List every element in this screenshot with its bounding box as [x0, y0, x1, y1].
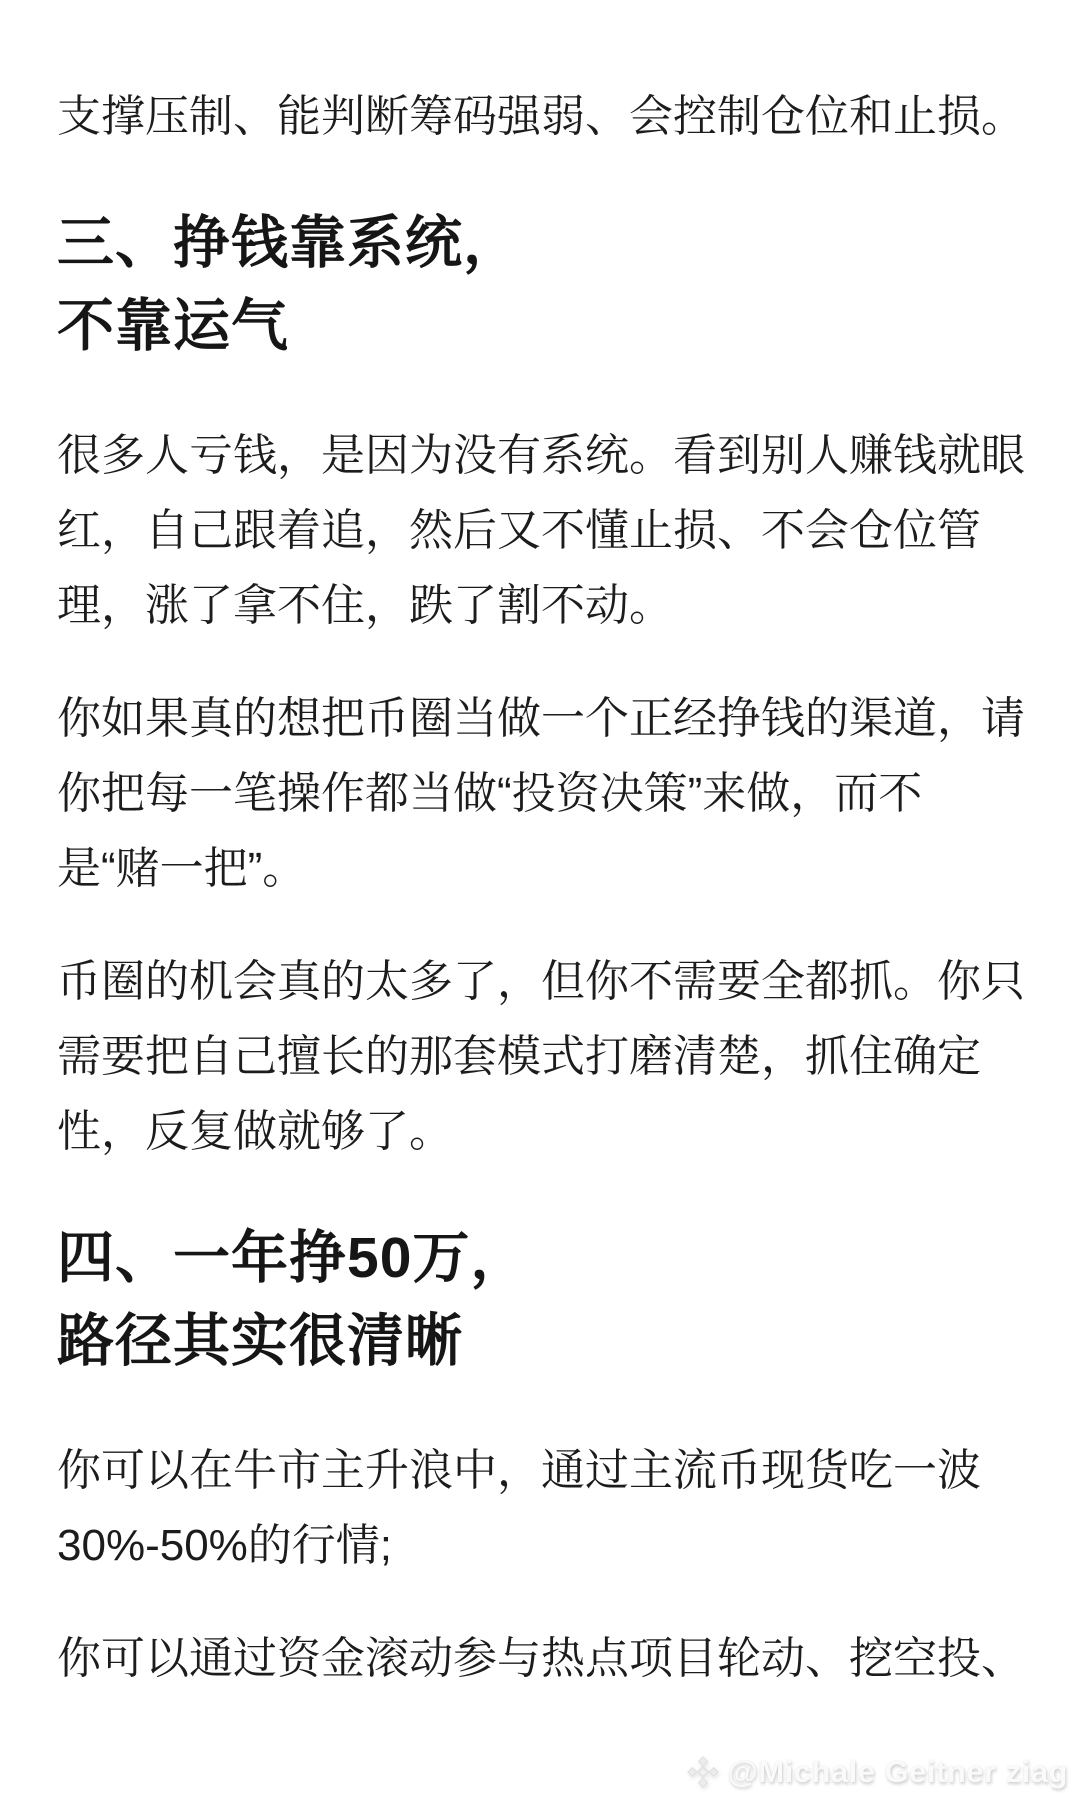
section-heading-four-path: 四、一年挣50万， 路径其实很清晰 — [57, 1217, 1025, 1383]
watermark-handle: @Michale Geitner ziag — [728, 1754, 1068, 1790]
paragraph-intro-support-resistance: 支撑压制、能判断筹码强弱、会控制仓位和止损。 — [57, 79, 1025, 154]
watermark: @Michale Geitner ziag — [685, 1754, 1068, 1790]
article-page: 支撑压制、能判断筹码强弱、会控制仓位和止损。 三、挣钱靠系统， 不靠运气 很多人… — [0, 0, 1080, 1800]
paragraph-bull-market-spot: 你可以在牛市主升浪中，通过主流币现货吃一波 30%-50%的行情; — [57, 1433, 1025, 1583]
paragraph-losing-without-system: 很多人亏钱，是因为没有系统。看到别人赚钱就眼 红，自己跟着追，然后又不懂止损、不… — [57, 418, 1025, 643]
paragraph-investment-decision: 你如果真的想把币圈当做一个正经挣钱的渠道，请 你把每一笔操作都当做“投资决策”来… — [57, 681, 1025, 906]
paragraph-capital-rotation: 你可以通过资金滚动参与热点项目轮动、挖空投、 — [57, 1621, 1025, 1696]
paragraph-focus-on-certainty: 币圈的机会真的太多了，但你不需要全都抓。你只 需要把自己擅长的那套模式打磨清楚，… — [57, 944, 1025, 1169]
binance-diamond-icon — [685, 1754, 721, 1790]
article-content: 支撑压制、能判断筹码强弱、会控制仓位和止损。 三、挣钱靠系统， 不靠运气 很多人… — [0, 0, 1080, 1696]
section-heading-three-system: 三、挣钱靠系统， 不靠运气 — [57, 202, 1025, 368]
